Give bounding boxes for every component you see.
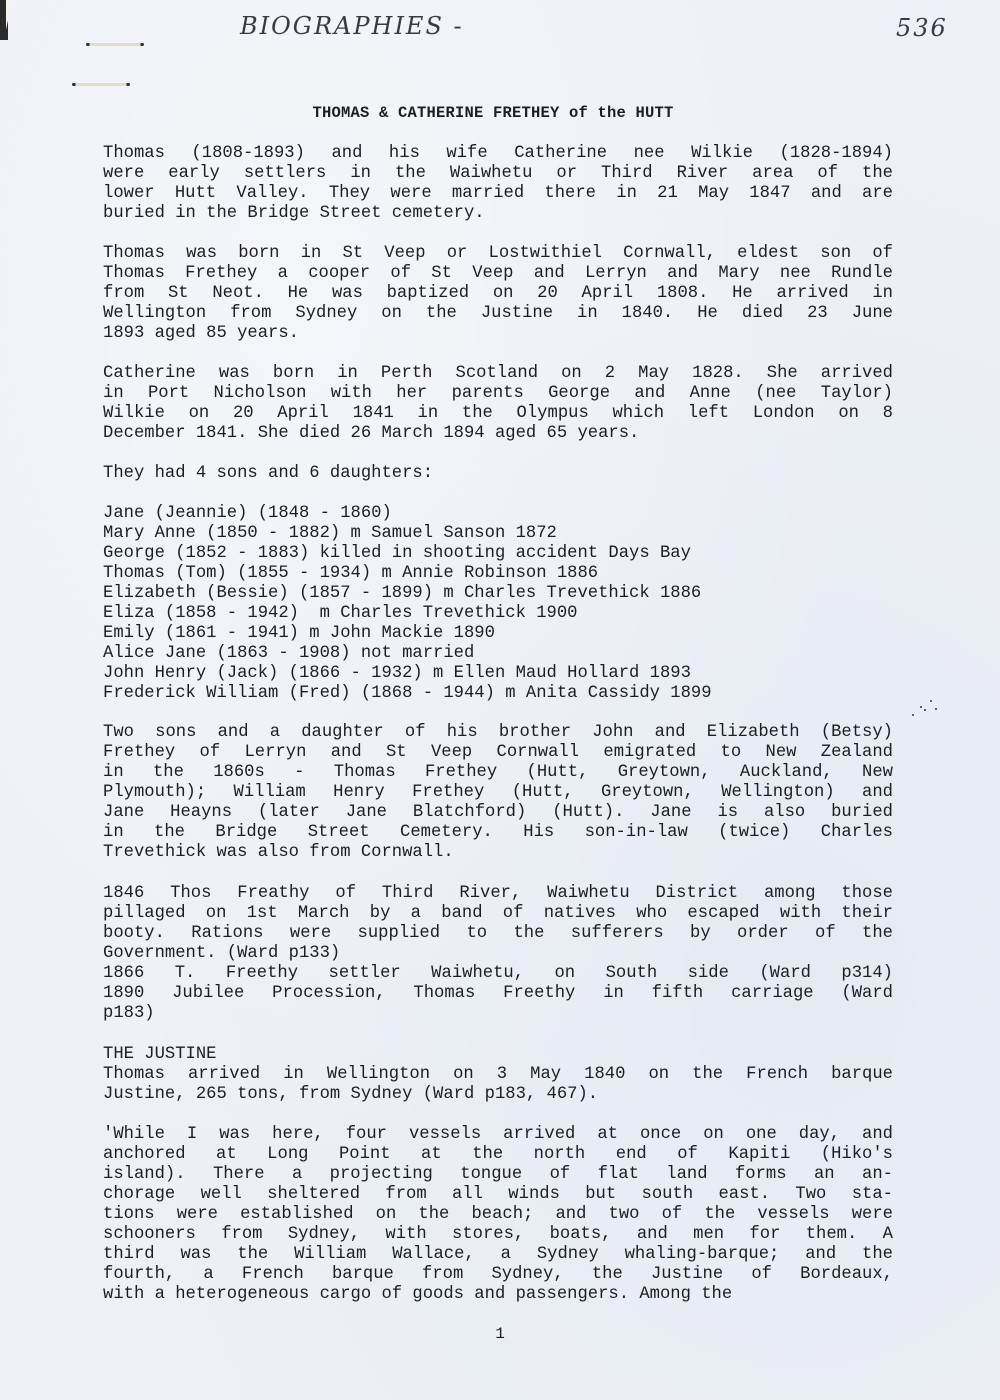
paragraph-thomas-bio: Thomas was born in St Veep or Lostwithie…: [103, 244, 893, 344]
text-line: in Port Nicholson with her parents Georg…: [103, 384, 893, 404]
paragraph-relatives: Two sons and a daughter of his brother J…: [103, 723, 893, 863]
text-line: 'While I was here, four vessels arrived …: [103, 1125, 893, 1145]
text-line: Thomas was born in St Veep or Lostwithie…: [103, 244, 893, 264]
text-line: Justine, 265 tons, from Sydney (Ward p18…: [103, 1085, 893, 1105]
text-line: Jane Heayns (later Jane Blatchford) (Hut…: [103, 803, 893, 823]
text-line: THE JUSTINE: [103, 1045, 893, 1065]
text-line: Thomas (Tom) (1855 - 1934) m Annie Robin…: [103, 564, 893, 584]
text-line: Thomas arrived in Wellington on 3 May 18…: [103, 1065, 893, 1085]
page-corner-fold: [0, 0, 8, 40]
paragraph-catherine-bio: Catherine was born in Perth Scotland on …: [103, 364, 893, 444]
staple-mark: [86, 43, 144, 46]
document-title: THOMAS & CATHERINE FRETHEY of the HUTT: [0, 104, 986, 122]
text-line: 1893 aged 85 years.: [103, 324, 893, 344]
text-line: They had 4 sons and 6 daughters:: [103, 464, 893, 484]
text-line: Elizabeth (Bessie) (1857 - 1899) m Charl…: [103, 584, 893, 604]
text-line: Plymouth); William Henry Frethey (Hutt, …: [103, 783, 893, 803]
text-line: pillaged on 1st March by a band of nativ…: [103, 904, 893, 924]
text-line: 1846 Thos Freathy of Third River, Waiwhe…: [103, 884, 893, 904]
text-line: fourth, a French barque from Sydney, the…: [103, 1265, 893, 1285]
paragraph-quote: 'While I was here, four vessels arrived …: [103, 1125, 893, 1305]
scan-specks: [910, 700, 940, 720]
text-line: Frederick William (Fred) (1868 - 1944) m…: [103, 684, 893, 704]
text-line: in the 1860s - Thomas Frethey (Hutt, Gre…: [103, 763, 893, 783]
text-line: third was the William Wallace, a Sydney …: [103, 1245, 893, 1265]
text-line: Mary Anne (1850 - 1882) m Samuel Sanson …: [103, 524, 893, 544]
text-line: Frethey of Lerryn and St Veep Cornwall e…: [103, 743, 893, 763]
text-line: 1890 Jubilee Procession, Thomas Freethy …: [103, 984, 893, 1004]
text-line: with a heterogeneous cargo of goods and …: [103, 1285, 893, 1305]
text-line: p183): [103, 1004, 893, 1024]
text-line: 1866 T. Freethy settler Waiwhetu, on Sou…: [103, 964, 893, 984]
handwritten-heading: BIOGRAPHIES -: [240, 12, 464, 40]
text-line: Wilkie on 20 April 1841 in the Olympus w…: [103, 404, 893, 424]
paragraph-intro: Thomas (1808-1893) and his wife Catherin…: [103, 144, 893, 224]
text-line: Government. (Ward p133): [103, 944, 893, 964]
text-line: Alice Jane (1863 - 1908) not married: [103, 644, 893, 664]
text-line: Two sons and a daughter of his brother J…: [103, 723, 893, 743]
handwritten-page-number: 536: [896, 14, 948, 42]
page-number: 1: [0, 1325, 1000, 1343]
text-line: Catherine was born in Perth Scotland on …: [103, 364, 893, 384]
text-line: from St Neot. He was baptized on 20 Apri…: [103, 284, 893, 304]
text-line: anchored at Long Point at the north end …: [103, 1145, 893, 1165]
paragraph-records: 1846 Thos Freathy of Third River, Waiwhe…: [103, 884, 893, 1024]
text-line: Thomas (1808-1893) and his wife Catherin…: [103, 144, 893, 164]
text-line: lower Hutt Valley. They were married the…: [103, 184, 893, 204]
text-line: chorage well sheltered from all winds bu…: [103, 1185, 893, 1205]
text-line: booty. Rations were supplied to the suff…: [103, 924, 893, 944]
text-line: island). There a projecting tongue of fl…: [103, 1165, 893, 1185]
text-line: buried in the Bridge Street cemetery.: [103, 204, 893, 224]
text-line: Emily (1861 - 1941) m John Mackie 1890: [103, 624, 893, 644]
text-line: schooners from Sydney, with stores, boat…: [103, 1225, 893, 1245]
text-line: were early settlers in the Waiwhetu or T…: [103, 164, 893, 184]
section-the-justine: THE JUSTINEThomas arrived in Wellington …: [103, 1045, 893, 1105]
paragraph-children-intro: They had 4 sons and 6 daughters:: [103, 464, 893, 484]
staple-mark: [72, 83, 130, 86]
text-line: in the Bridge Street Cemetery. His son-i…: [103, 823, 893, 843]
text-line: Eliza (1858 - 1942) m Charles Trevethick…: [103, 604, 893, 624]
text-line: Trevethick was also from Cornwall.: [103, 843, 893, 863]
text-line: December 1841. She died 26 March 1894 ag…: [103, 424, 893, 444]
text-line: George (1852 - 1883) killed in shooting …: [103, 544, 893, 564]
text-line: Wellington from Sydney on the Justine in…: [103, 304, 893, 324]
text-line: Thomas Frethey a cooper of St Veep and L…: [103, 264, 893, 284]
scanned-page: BIOGRAPHIES - 536 THOMAS & CATHERINE FRE…: [0, 0, 1000, 1400]
text-line: Jane (Jeannie) (1848 - 1860): [103, 504, 893, 524]
text-line: John Henry (Jack) (1866 - 1932) m Ellen …: [103, 664, 893, 684]
text-line: tions were established on the beach; and…: [103, 1205, 893, 1225]
children-list: Jane (Jeannie) (1848 - 1860)Mary Anne (1…: [103, 504, 893, 704]
